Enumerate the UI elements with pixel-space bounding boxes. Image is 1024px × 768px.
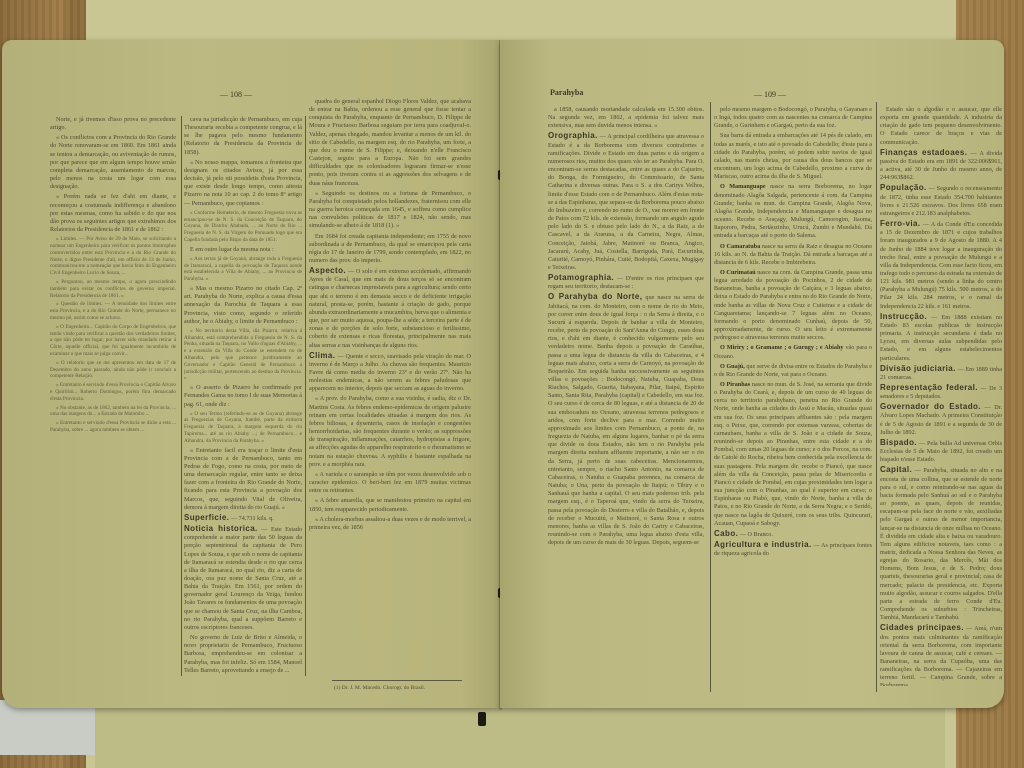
section-heading: Divisão judiciaria. xyxy=(880,364,956,373)
quoted-paragraph: « Perguntou, ao mesmo tempo, o agora pre… xyxy=(50,279,176,299)
section-text: — O Branco. xyxy=(740,531,773,538)
section-heading: Capital. xyxy=(880,465,912,474)
section-heading: Superficie. xyxy=(184,513,229,522)
section-heading: Representação federal. xyxy=(880,383,978,392)
river-entry: O Guajú, que serve de divisa entre os Es… xyxy=(714,363,872,379)
paragraph: Em 1684 foi creada capitania independent… xyxy=(309,233,471,266)
paragraph: « A prov. do Parahyba, como a sua visinh… xyxy=(309,395,471,468)
river-entry: O Camaratuba nasce na serra da Raiz e de… xyxy=(714,243,872,267)
section-heading: Agricultura e industria. xyxy=(714,540,812,549)
paragraph: pelo mesmo margem o Bodocongó, o Paraiyb… xyxy=(714,106,872,130)
left-column-2: cava na jurisdicção de Pernambuco, em cu… xyxy=(184,116,302,688)
section-heading: Cabo. xyxy=(714,529,738,538)
section-heading: Aspecto. xyxy=(309,266,346,275)
section-heading: Bispado. xyxy=(880,438,917,447)
section-text: — 74.731 kils. q. xyxy=(231,515,274,522)
right-column-2: pelo mesmo margem o Bodocongó, o Paraiyb… xyxy=(714,106,872,696)
column-rule xyxy=(876,102,877,692)
left-column-3: quadra do general espanhol Diogo Flores … xyxy=(309,98,471,694)
river-entry: O Miriry ; o Gramame ; o Gurugy ; e Abia… xyxy=(714,344,872,360)
section-heading: Clima. xyxy=(309,351,335,360)
paragraph: Estado são o algodão e o assucar, que el… xyxy=(880,106,1002,147)
river-name: O Miriry ; o Gramame ; o Gurugy ; e Abia… xyxy=(720,344,844,351)
paragraph: No governo de Luiz de Brito e Almeida, o… xyxy=(184,634,302,675)
column-rule xyxy=(305,116,306,676)
footnote-rule xyxy=(332,680,462,681)
section-heading: Finanças estadoaes. xyxy=(880,148,967,157)
paragraph: « O asserto de Pizarro he confirmado por… xyxy=(184,384,302,408)
footnote: (1) Dr. J. M. Macedo. Chorogr. do Brasil… xyxy=(334,685,425,691)
paragraph: « No nosso mappa, tomamos a fronteira qu… xyxy=(184,159,302,208)
right-page: Parahyba — 109 — a 1858, causando mortan… xyxy=(500,40,1004,708)
quoted-paragraph: « O relatorio que se me apresentou em da… xyxy=(50,360,176,380)
paragraph: Norte, e já tivemos d'isso prova no prec… xyxy=(50,116,176,132)
paragraph: « Os conflictos com a Provincia do Rio G… xyxy=(50,134,176,191)
quoted-paragraph: « No territorio desta Villa, diz Pizarro… xyxy=(184,328,302,382)
paragraph: quadra do general espanhol Diogo Flores … xyxy=(309,98,471,188)
right-column-1: a 1858, causando mortandade calculada em… xyxy=(548,106,704,696)
backing-sheet-lower xyxy=(95,705,945,768)
quoted-paragraph: « O Engenheiro... Capitão do Corpo de En… xyxy=(50,324,176,358)
quoted-paragraph: « Aos terras já de Goyaná, abrange toda … xyxy=(184,256,302,283)
paragraph: « Mas o mesmo Pizarro no citado Cap. 2º … xyxy=(184,285,302,326)
quoted-paragraph: « Limites. — Por Aviso de 29 de Maio, se… xyxy=(50,236,176,277)
paragraph: « Entretanto facil era traçar o limite d… xyxy=(184,447,302,512)
river-name: O Mamanguape xyxy=(720,183,766,190)
section-text: — A da Conde d'Eu concedida a 15 de Deze… xyxy=(880,221,1002,310)
binding-thread-mark xyxy=(478,712,486,726)
section-text: — A principal cordilheira que atravessa … xyxy=(548,133,704,271)
section-heading: Ferro-via. xyxy=(880,219,920,228)
right-column-3: Estado são o algodão e o assucar, que el… xyxy=(880,106,1002,686)
quoted-paragraph: « Entretanto é servindo d'essa Provincia… xyxy=(50,382,176,402)
river-name: O Camaratuba xyxy=(720,243,760,250)
section-heading: Orographia. xyxy=(548,131,598,140)
paragraph: E em outro lugar da mesma nota : xyxy=(184,246,302,254)
quoted-paragraph: « Questão de limites. — A tenuidade dos … xyxy=(50,301,176,321)
river-name: O Piranhas xyxy=(720,381,750,388)
section-heading: Cidades principaes. xyxy=(880,623,964,632)
section-heading: Governador do Estado. xyxy=(880,402,981,411)
section-heading: Noticia historica. xyxy=(184,524,258,533)
column-rule xyxy=(710,102,711,692)
river-entry: O Curimataú nasce na com. da Campina Gra… xyxy=(714,269,872,342)
river-name: O Guajú, xyxy=(720,363,745,370)
paragraph: « A variola e o sarampão se têm por veze… xyxy=(309,471,471,495)
open-book: — 108 — Norte, e já tivemos d'isso prova… xyxy=(2,40,1006,712)
river-text: nasce no mun. de S. José, na serrania qu… xyxy=(714,381,872,527)
quoted-paragraph: « Conforme Hemeterio, de mesmo Freguesia… xyxy=(184,210,302,244)
section-heading: Potamographia. xyxy=(548,273,614,282)
paragraph: a 1858, causando mortandade calculada em… xyxy=(548,106,704,130)
right-page-number: — 109 — xyxy=(754,90,786,99)
section-heading: População. xyxy=(880,183,927,192)
section-text: — Areá, n'um dos pontos mais culminantes… xyxy=(880,625,1002,686)
left-column-1: Norte, e já tivemos d'isso prova no prec… xyxy=(50,116,176,666)
section-heading: O Parahyba do Norte, xyxy=(548,292,642,301)
quoted-paragraph: « O seu Termo (referindo-se ao de Goyana… xyxy=(184,411,302,445)
left-page: — 108 — Norte, e já tivemos d'isso prova… xyxy=(2,40,500,708)
section-heading: Instrucção. xyxy=(880,312,927,321)
quoted-paragraph: « No obstante, as de 1862, tambem na lei… xyxy=(50,405,176,419)
left-page-number: — 108 — xyxy=(220,90,252,99)
column-rule xyxy=(181,116,182,676)
section-text: que nasce na serra de Jabitacá, na com. … xyxy=(548,294,704,546)
paragraph: « Seguindo os destinos ou a fortuna de P… xyxy=(309,190,471,231)
paragraph: « A cholera-morbus assaltou-a duas vezes… xyxy=(309,516,471,532)
paragraph: Sua barra dá entrada a embarcações até 1… xyxy=(714,132,872,181)
paragraph: « A febre amarella, que se manifestou pr… xyxy=(309,497,471,513)
river-name: O Curimataú xyxy=(720,269,756,276)
section-text: — O solo é em extremo accidentado, affir… xyxy=(309,268,471,348)
river-entry: O Mamanguape nasce na serra Borborema, n… xyxy=(714,183,872,240)
paragraph: cava na jurisdicção de Pernambuco, em cu… xyxy=(184,116,302,157)
section-text: — Parahyba, situada no alto e na encosta… xyxy=(880,467,1002,621)
section-text: — Este Estado comprehende a maior parte … xyxy=(184,526,302,631)
running-head: Parahyba xyxy=(550,88,583,97)
paragraph: « Porém nada se fez d'ahi em diante, e r… xyxy=(50,193,176,234)
quoted-paragraph: « Entretanto e servindo d'essa Provincia… xyxy=(50,420,176,434)
river-text: nasce na com. da Campina Grande, passa u… xyxy=(714,269,872,341)
river-entry: O Piranhas nasce no mun. de S. José, na … xyxy=(714,381,872,528)
river-text: nasce na serra Borborema, no logar denom… xyxy=(714,183,872,239)
